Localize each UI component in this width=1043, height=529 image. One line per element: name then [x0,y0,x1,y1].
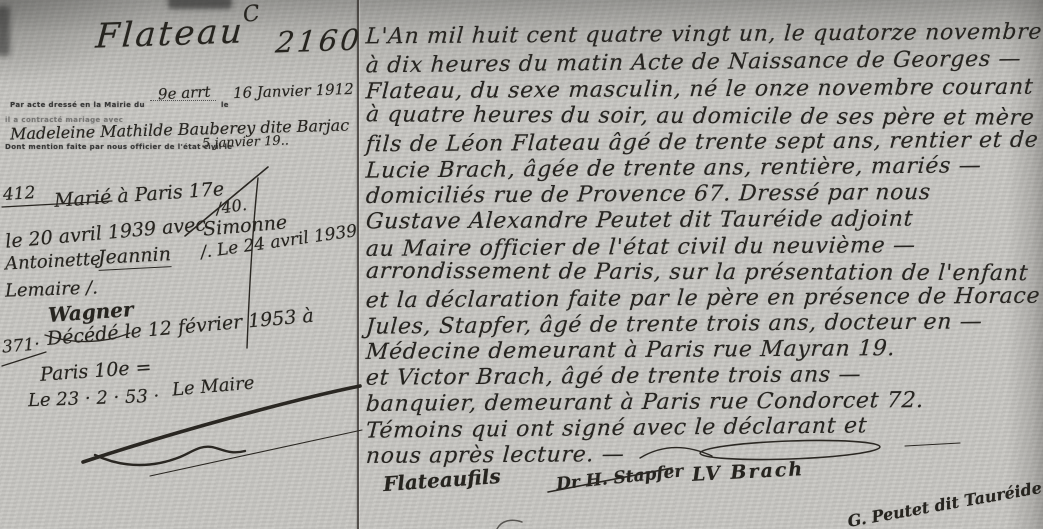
maire-signature-loops [95,447,245,465]
stamp-printed-le: le [221,101,229,109]
act-text-line: et Victor Brach, âgé de trente trois ans… [365,362,862,390]
act-text-line: Flateau, du sexe masculin, né le onze no… [365,75,1034,105]
act-text-line: Lucie Brach, âgée de trente ans, rentièr… [365,153,982,183]
bottom-cut-stroke [497,520,522,529]
act-text-line: Jules, Stapfer, âgé de trente trois ans,… [365,309,983,339]
lecture-end-flourish [640,448,712,458]
stamp-mention-date: 5 janvier 19.. [202,133,289,151]
act-text-line: à dix heures du matin Acte de Naissance … [365,47,1022,79]
act-text-line: arrondissement de Paris, sur la présenta… [365,259,1029,286]
mention-1953-line4: Le Maire [171,372,255,400]
act-text-line: Témoins qui ont signé avec le déclarant … [365,413,868,443]
mention-1953-number: 371· [1,334,40,357]
stamp-dotted-leader [150,100,216,101]
act-text-line: banquier, demeurant à Paris rue Condorce… [365,388,925,417]
act-text-line: Médecine demeurant à Paris rue Mayran 19… [365,336,896,365]
act-number: 2160 [274,23,364,60]
act-text-line: Gustave Alexandre Peutet dit Tauréide ad… [365,207,914,235]
scan-shadow-left-edge [0,6,10,56]
mention-1939-spouse-surname: Jeannin [97,243,171,271]
mention-1939-line1: Marié à Paris 17e [53,178,224,212]
mention-1939-line4: Lemaire /. [5,277,99,301]
dash-after-oval [905,443,960,446]
mention-1939-number: 412 [2,183,36,205]
stamp-printed-line3: Dont mention faite par nous officier de … [5,143,232,151]
mention-1953-line2: Paris 10e = [39,356,152,386]
mention-1953-line3: Le 23 · 2 · 53 · [28,386,160,412]
act-text-line: à quatre heures du soir, au domicile de … [365,102,1035,131]
stamp-printed-intro: Par acte dressé en la Mairie du [10,101,145,109]
c-flourish: C [241,1,261,28]
signature-officer: G. Peutet dit Tauréide adj [846,472,1043,529]
stamp-marriage-date: 16 Janvier 1912 [233,80,354,102]
civil-register-scan: Flateau C 2160 Par acte dressé en la Mai… [0,0,1043,529]
margin-rule-line [357,0,359,529]
maire-paraph-thin [150,430,362,476]
act-text-line: domiciliés rue de Provence 67. Dressé pa… [365,180,932,209]
mention-1939-line3: Antoinette [5,249,102,275]
scan-shadow-top [168,0,232,9]
record-surname: Flateau [94,11,245,56]
signature-declarant: Flateaufils [382,464,501,496]
act-text-line: L'An mil huit cent quatre vingt un, le q… [365,20,1043,50]
signature-witness-brach: LV Brach [692,458,805,486]
act-text-line: au Maire officier de l'état civil du neu… [365,233,916,262]
